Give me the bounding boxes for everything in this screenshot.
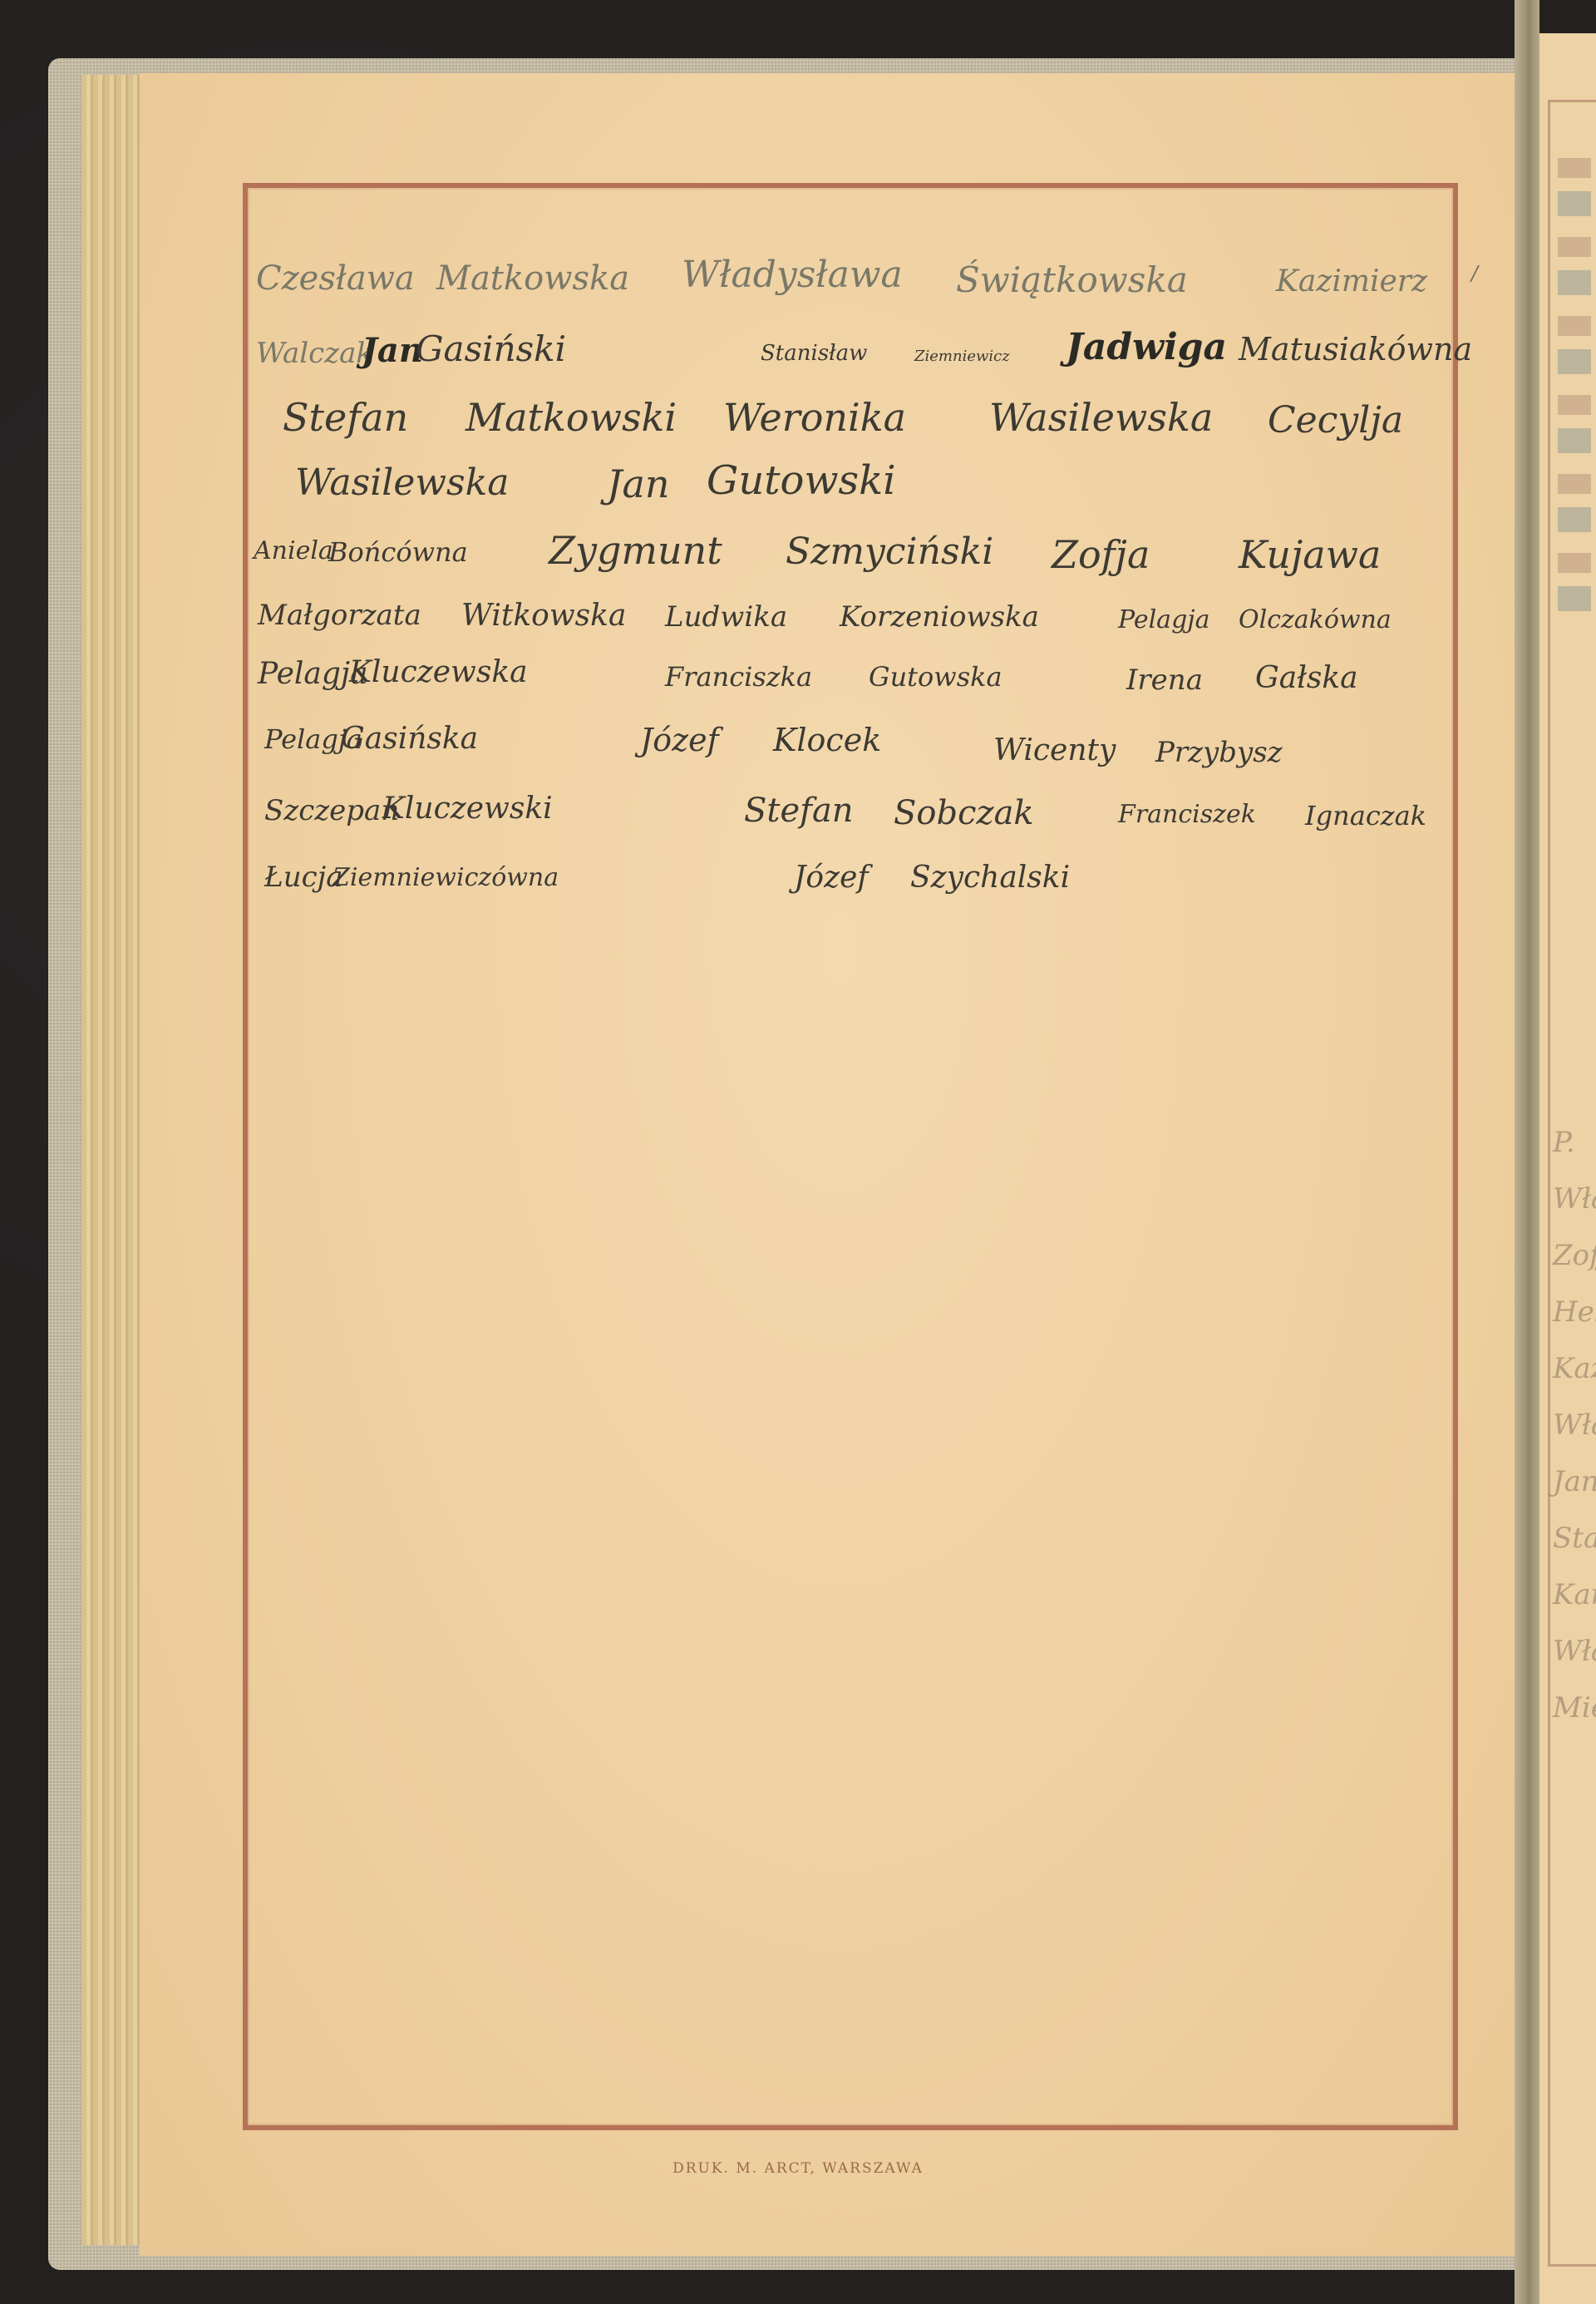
signature-word: Gutowska [869, 661, 1002, 693]
signature-word: Gałska [1255, 661, 1358, 695]
signature-word: Irena [1126, 664, 1203, 697]
signature-word: Zofja [1052, 532, 1150, 577]
signature-word: Wasilewska [295, 461, 510, 504]
signature-word: Walczak [256, 337, 373, 370]
signature-word: Świątkowska [956, 259, 1188, 300]
signature-word: Małgorzata [258, 599, 421, 632]
signature-word: Gasińska [341, 722, 478, 756]
signature-word: Olczakówna [1239, 605, 1392, 634]
signature-word: Stanisław [761, 341, 867, 366]
signature-word: Szmyciński [786, 530, 993, 573]
signature-word: Witkowska [461, 599, 626, 633]
signature-word: Korzeniowska [840, 600, 1039, 634]
signature-word: Gasiński [416, 328, 566, 369]
signature-word: Ludwika [665, 600, 787, 634]
signature-word: Franciszka [665, 661, 812, 693]
signature-word: Stefan [744, 792, 854, 830]
printer-imprint: DRUK. M. ARCT, WARSZAWA [0, 2160, 1596, 2177]
signature-word: Łucja [264, 861, 343, 894]
signature-word: Kluczewska [349, 655, 528, 689]
signature-word: Szychalski [910, 861, 1070, 895]
signature-word: Aniela [254, 536, 333, 565]
signature-word: Matkowska [436, 259, 629, 298]
signature-word: Ziemniewicz [914, 348, 1010, 365]
signature-word: Sobczak [894, 794, 1034, 832]
signature-word: Pelagja [1118, 605, 1209, 634]
signature-word: Stefan [283, 395, 408, 440]
signature-word: Wasilewska [989, 395, 1213, 440]
signature-word: Jadwiga [1066, 326, 1227, 368]
signature-word: Szczepan [264, 794, 399, 827]
signature-word: Ignaczak [1305, 800, 1426, 831]
signature-word: Kujawa [1239, 532, 1381, 577]
book-gutter [1515, 0, 1539, 2304]
signature-word: Czesława [256, 259, 415, 298]
adjacent-page: P. Włady Zofja Helena Kazim Włady Jan St… [1539, 33, 1596, 2304]
signature-word: Kluczewski [382, 792, 553, 826]
signature-word: Matkowski [465, 395, 677, 440]
signature-word: Józef [640, 722, 719, 758]
signature-word: Cecylja [1268, 399, 1403, 442]
signature-word: Bońcówna [328, 536, 468, 568]
signature-word: Klocek [773, 722, 881, 758]
page-edges [81, 75, 141, 2245]
adjacent-page-text: P. Włady Zofja Helena Kazim Włady Jan St… [1553, 1114, 1596, 1736]
margin-mark: / [1471, 262, 1478, 285]
signature-word: Zygmunt [549, 528, 722, 573]
adjacent-page-ornament [1558, 158, 1591, 624]
signature-word: Wicenty [993, 733, 1116, 767]
signature-word: Weronika [723, 395, 906, 440]
signature-word: Jan [607, 461, 670, 506]
signature-word: Matusiakówna [1239, 331, 1472, 368]
signature-word: Franciszek [1118, 800, 1256, 829]
signature-word: Józef [794, 861, 869, 895]
signature-word: Gutowski [707, 457, 896, 504]
signature-word: Ziemniewiczówna [332, 863, 559, 892]
signature-word: Przybysz [1155, 736, 1283, 769]
signature-word: Kazimierz [1276, 264, 1427, 298]
signature-word: Jan [362, 331, 423, 370]
signature-word: Władysława [682, 254, 903, 296]
